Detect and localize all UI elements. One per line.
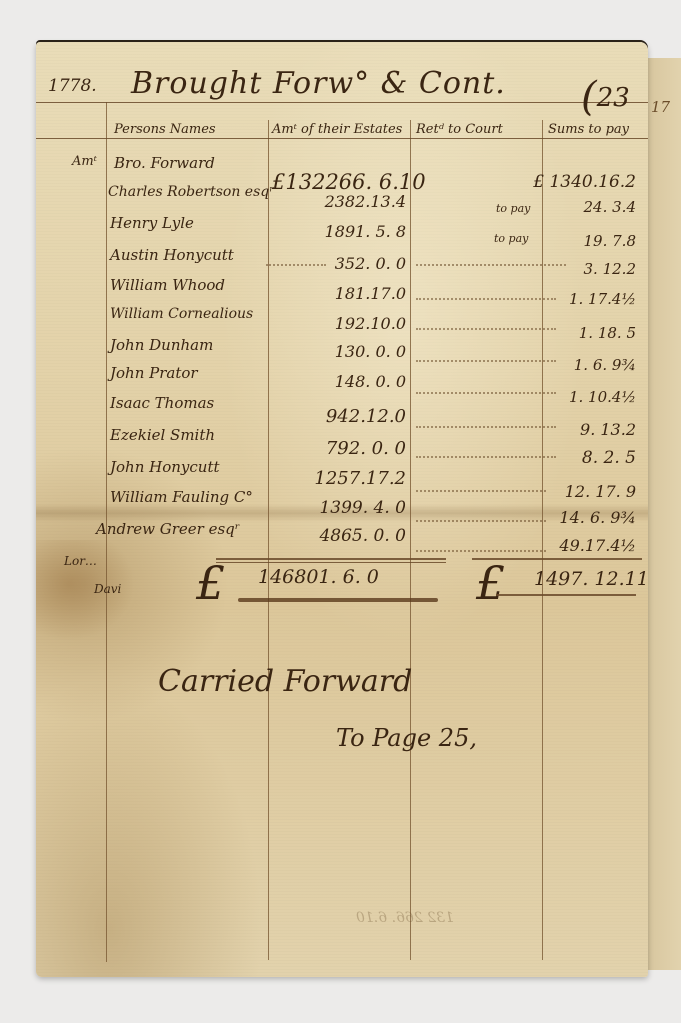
row-name: Bro. Forward: [114, 154, 215, 172]
carried-forward-label: Carried Forward: [158, 664, 412, 699]
row-pay: 1. 17.4½: [536, 290, 636, 308]
pound-sign-estates: £: [196, 556, 225, 610]
column-rule-court-left: [410, 120, 411, 960]
pound-sign-pay: £: [476, 556, 505, 610]
row-estate: 4865. 0. 0: [276, 526, 406, 546]
row-estate: 2382.13.4: [276, 192, 406, 211]
row-pay: 24. 3.4: [536, 198, 636, 216]
row-estate: 1257.17.2: [276, 468, 406, 489]
row-name: John Prator: [110, 364, 198, 382]
total-rule-estates: [216, 558, 446, 560]
page-title: Brought Forw° & Cont.: [131, 66, 506, 101]
side-note: Amᵗ: [72, 154, 97, 169]
row-estate: 792. 0. 0: [276, 438, 406, 459]
row-estate: £132266. 6.10: [272, 170, 432, 194]
row-estate: 130. 0. 0: [276, 342, 406, 361]
row-estate: 1399. 4. 0: [276, 498, 406, 518]
row-name: Charles Robertson esqʳ: [108, 184, 274, 200]
total-rule-estates-2: [216, 562, 446, 563]
torn-fragment-text: Lor…: [64, 554, 97, 568]
ledger-page: 1778. Brought Forw° & Cont. (23 Persons …: [36, 42, 648, 977]
row-estate: 148. 0. 0: [276, 372, 406, 391]
row-name: William Whood: [110, 276, 225, 294]
page-number-value: 23: [597, 83, 630, 113]
row-pay: 12. 17. 9: [536, 482, 636, 501]
leader-dots: [416, 550, 546, 552]
row-name: Andrew Greer esqʳ: [96, 520, 240, 538]
row-pay: £ 1340.16.2: [526, 172, 636, 192]
bleed-through-text: 132 266. 6.10: [356, 910, 454, 926]
column-rule-estates-left: [268, 120, 269, 960]
row-pay: 49.17.4½: [536, 536, 636, 555]
row-estate: 352. 0. 0: [276, 254, 406, 273]
total-pay: 1497. 12.11: [534, 568, 648, 590]
row-pay: 19. 7.8: [536, 232, 636, 250]
total-underline-pay: [496, 594, 636, 596]
row-name: Ezekiel Smith: [110, 426, 215, 444]
row-estate: 192.10.0: [276, 314, 406, 333]
row-name: Isaac Thomas: [110, 394, 214, 412]
column-header-names: Persons Names: [114, 122, 216, 137]
ledger-year: 1778.: [48, 76, 97, 96]
leader-dots: [416, 298, 556, 300]
row-pay: 1. 10.4½: [536, 388, 636, 406]
row-pay: 9. 13.2: [536, 420, 636, 439]
row-estate: 181.17.0: [276, 284, 406, 303]
leader-dots: [416, 456, 556, 458]
row-pay: 8. 2. 5: [536, 448, 636, 468]
row-pay: 1. 6. 9¾: [536, 356, 636, 374]
row-pay: 3. 12.2: [536, 260, 636, 278]
row-name: John Honycutt: [110, 458, 220, 476]
row-court-note: to pay: [494, 232, 528, 245]
row-estate: 1891. 5. 8: [276, 222, 406, 241]
leader-dots: [416, 360, 556, 362]
row-pay: 1. 18. 5: [536, 324, 636, 342]
column-header-pay: Sums to pay: [548, 122, 629, 137]
leader-dots: [416, 426, 556, 428]
row-pay: 14. 6. 9¾: [536, 508, 636, 527]
header-rule-bottom: [36, 138, 648, 139]
column-header-estates: Amᵗ of their Estates: [272, 122, 402, 137]
leader-dots: [416, 490, 546, 492]
row-court-note: to pay: [496, 202, 530, 215]
leader-dots: [416, 392, 556, 394]
row-name: William Cornealious: [110, 306, 253, 322]
total-estates: 146801. 6. 0: [258, 566, 379, 588]
header-rule-top: [36, 102, 648, 103]
page-number: (23: [581, 70, 630, 116]
row-name: Henry Lyle: [110, 214, 194, 232]
column-header-court: Retᵈ to Court: [416, 122, 503, 137]
leader-dots: [416, 520, 546, 522]
torn-fragment-text: Davi: [94, 582, 121, 596]
row-name: John Dunham: [110, 336, 213, 354]
adjacent-page-year: 17: [651, 98, 670, 116]
row-name: William Fauling C°: [110, 488, 253, 506]
total-underline-estates: [238, 598, 438, 602]
to-page-label: To Page 25,: [336, 724, 477, 752]
row-estate: 942.12.0: [276, 406, 406, 427]
row-name: Austin Honycutt: [110, 246, 234, 264]
leader-dots: [416, 328, 556, 330]
